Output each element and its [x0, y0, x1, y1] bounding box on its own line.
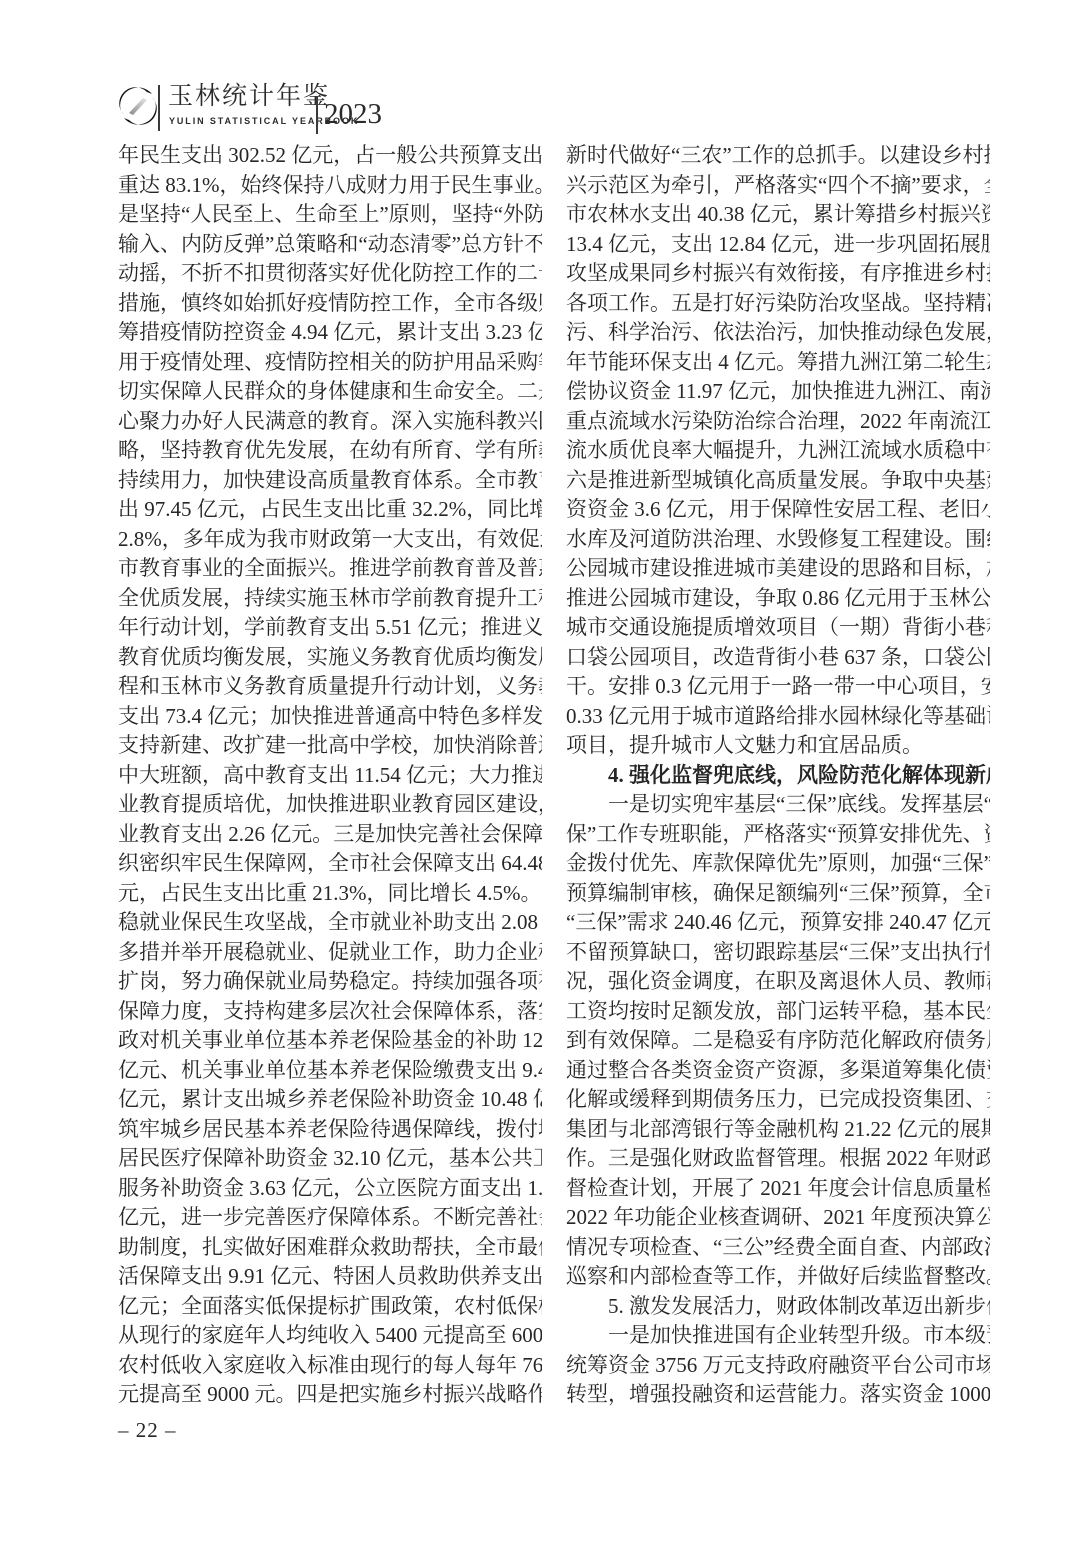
text-line: 保”工作专班职能，严格落实“预算安排优先、资 [566, 820, 990, 850]
text-line: 服务补助资金 3.63 亿元，公立医院方面支出 1.91 [118, 1174, 542, 1204]
text-line: “三保”需求 240.46 亿元，预算安排 240.47 亿元， [566, 908, 990, 938]
text-line: 攻坚成果同乡村振兴有效衔接，有序推进乡村振兴 [566, 259, 990, 289]
text-line: 筑牢城乡居民基本养老保险待遇保障线，拨付城乡 [118, 1115, 542, 1145]
text-line: 项目，提升城市人文魅力和宜居品质。 [566, 731, 990, 761]
text-line: 用于疫情处理、疫情防控相关的防护用品采购等， [118, 348, 542, 378]
text-line: 2.8%，多年成为我市财政第一大支出，有效促进我 [118, 525, 542, 555]
text-line: 亿元，累计支出城乡养老保险补助资金 10.48 亿元， [118, 1085, 542, 1115]
text-line: 不留预算缺口，密切跟踪基层“三保”支出执行情 [566, 938, 990, 968]
text-line: 全优质发展，持续实施玉林市学前教育提升工程三 [118, 584, 542, 614]
header-divider [158, 85, 160, 131]
text-line: 兴示范区为牵引，严格落实“四个不摘”要求，全 [566, 171, 990, 201]
text-line: 统筹资金 3756 万元支持政府融资平台公司市场化 [566, 1351, 990, 1381]
text-line: 4. 强化监督兜底线，风险防范化解体现新成效 [566, 761, 990, 791]
text-line: 况，强化资金调度，在职及离退休人员、教师群体 [566, 967, 990, 997]
yearbook-page: 玉林统计年鉴 YULIN STATISTICAL YEARBOOK 2023 年… [0, 0, 1090, 1550]
text-line: 集团与北部湾银行等金融机构 21.22 亿元的展期工 [566, 1115, 990, 1145]
text-line: 筹措疫情防控资金 4.94 亿元，累计支出 3.23 亿元 [118, 318, 542, 348]
text-line: 0.33 亿元用于城市道路给排水园林绿化等基础设施 [566, 702, 990, 732]
text-line: 督检查计划，开展了 2021 年度会计信息质量检查、 [566, 1174, 990, 1204]
text-line: 重点流域水污染防治综合治理，2022 年南流江支 [566, 407, 990, 437]
yearbook-title-cn: 玉林统计年鉴 [168, 82, 330, 112]
text-line: 年民生支出 302.52 亿元，占一般公共预算支出比 [118, 141, 542, 171]
text-line: 推进公园城市建设，争取 0.86 亿元用于玉林公园 [566, 584, 990, 614]
text-line: 扩岗，努力确保就业局势稳定。持续加强各项社保 [118, 967, 542, 997]
text-line: 程和玉林市义务教育质量提升行动计划，义务教育 [118, 672, 542, 702]
text-line: 农村低收入家庭收入标准由现行的每人每年 7650 [118, 1351, 542, 1381]
text-line: 新时代做好“三农”工作的总抓手。以建设乡村振 [566, 141, 990, 171]
text-line: 重达 83.1%，始终保持八成财力用于民生事业。一 [118, 171, 542, 201]
text-line: 教育优质均衡发展，实施义务教育优质均衡发展工 [118, 643, 542, 673]
text-line: 亿元、机关事业单位基本养老保险缴费支出 9.41 [118, 1056, 542, 1086]
text-line: 中大班额，高中教育支出 11.54 亿元；大力推进职 [118, 761, 542, 791]
text-line: 心聚力办好人民满意的教育。深入实施科教兴国战 [118, 407, 542, 437]
text-line: 一是切实兜牢基层“三保”底线。发挥基层“三 [566, 790, 990, 820]
text-line: 转型，增强投融资和运营能力。落实资金 1000 万 [566, 1380, 990, 1410]
text-line: 元提高至 9000 元。四是把实施乡村振兴战略作为 [118, 1380, 542, 1410]
text-line: 资资金 3.6 亿元，用于保障性安居工程、老旧小区、 [566, 495, 990, 525]
text-line: 年行动计划，学前教育支出 5.51 亿元；推进义务 [118, 613, 542, 643]
text-line: 5. 激发发展活力，财政体制改革迈出新步伐 [566, 1292, 990, 1322]
text-line: 干。安排 0.3 亿元用于一路一带一中心项目，安排 [566, 672, 990, 702]
text-line: 活保障支出 9.91 亿元、特困人员救助供养支出 2.7 [118, 1262, 542, 1292]
text-line: 切实保障人民群众的身体健康和生命安全。二是凝 [118, 377, 542, 407]
text-line: 口袋公园项目，改造背街小巷 637 条，口袋公园若 [566, 643, 990, 673]
text-line: 措施，慎终如始抓好疫情防控工作，全市各级财政 [118, 289, 542, 319]
text-line: 巡察和内部检查等工作，并做好后续监督整改。 [566, 1262, 990, 1292]
text-line: 输入、内防反弹”总策略和“动态清零”总方针不 [118, 230, 542, 260]
text-line: 作。三是强化财政监督管理。根据 2022 年财政监 [566, 1144, 990, 1174]
text-line: 稳就业保民生攻坚战，全市就业补助支出 2.08 亿元， [118, 908, 542, 938]
text-line: 业教育提质培优，加快推进职业教育园区建设，职 [118, 790, 542, 820]
text-line: 动摇，不折不扣贯彻落实好优化防控工作的二十条 [118, 259, 542, 289]
text-line: 流水质优良率大幅提升，九洲江流域水质稳中有升。 [566, 436, 990, 466]
text-line: 工资均按时足额发放，部门运转平稳，基本民生得 [566, 997, 990, 1027]
text-body: 年民生支出 302.52 亿元，占一般公共预算支出比重达 83.1%，始终保持八… [118, 141, 990, 1410]
text-line: 支持新建、改扩建一批高中学校，加快消除普通高 [118, 731, 542, 761]
text-line: 多措并举开展稳就业、促就业工作，助力企业稳岗 [118, 938, 542, 968]
yearbook-year: 2023 [324, 100, 382, 129]
text-line: 织密织牢民生保障网，全市社会保障支出 64.48 亿 [118, 849, 542, 879]
text-line: 13.4 亿元，支出 12.84 亿元，进一步巩固拓展脱贫 [566, 230, 990, 260]
text-line: 政对机关事业单位基本养老保险基金的补助 12.53 [118, 1026, 542, 1056]
text-line: 支出 73.4 亿元；加快推进普通高中特色多样发展， [118, 702, 542, 732]
right-column: 新时代做好“三农”工作的总抓手。以建设乡村振兴示范区为牵引，严格落实“四个不摘”… [566, 141, 990, 1410]
text-line: 略，坚持教育优先发展，在幼有所育、学有所教上 [118, 436, 542, 466]
text-line: 到有效保障。二是稳妥有序防范化解政府债务风险， [566, 1026, 990, 1056]
text-line: 一是加快推进国有企业转型升级。市本级预算 [566, 1321, 990, 1351]
text-line: 居民医疗保障补助资金 32.10 亿元，基本公共卫生 [118, 1144, 542, 1174]
text-line: 业教育支出 2.26 亿元。三是加快完善社会保障体系， [118, 820, 542, 850]
yearbook-logo-icon [116, 84, 160, 128]
text-line: 市教育事业的全面振兴。推进学前教育普及普惠安 [118, 554, 542, 584]
text-line: 污、科学治污、依法治污，加快推动绿色发展，全 [566, 318, 990, 348]
text-line: 通过整合各类资金资产资源，多渠道筹集化债资金， [566, 1056, 990, 1086]
text-line: 城市交通设施提质增效项目（一期）背街小巷和 [566, 613, 990, 643]
text-line: 金拨付优先、库款保障优先”原则，加强“三保” [566, 849, 990, 879]
text-line: 2022 年功能企业核查调研、2021 年度预决算公开 [566, 1203, 990, 1233]
text-line: 市农林水支出 40.38 亿元，累计筹措乡村振兴资金 [566, 200, 990, 230]
text-line: 六是推进新型城镇化高质量发展。争取中央基建投 [566, 466, 990, 496]
text-line: 元，占民生支出比重 21.3%，同比增长 4.5%。打好 [118, 879, 542, 909]
text-line: 亿元，进一步完善医疗保障体系。不断完善社会救 [118, 1203, 542, 1233]
text-line: 是坚持“人民至上、生命至上”原则，坚持“外防 [118, 200, 542, 230]
left-column: 年民生支出 302.52 亿元，占一般公共预算支出比重达 83.1%，始终保持八… [118, 141, 542, 1410]
text-line: 亿元；全面落实低保提标扩围政策，农村低保标准 [118, 1292, 542, 1322]
page-header: 玉林统计年鉴 YULIN STATISTICAL YEARBOOK 2023 [116, 80, 436, 136]
page-number: – 22 – [118, 1418, 177, 1443]
text-line: 保障力度，支持构建多层次社会保障体系，落实财 [118, 997, 542, 1027]
text-line: 公园城市建设推进城市美建设的思路和目标，加快 [566, 554, 990, 584]
text-line: 情况专项检查、“三公”经费全面自查、内部政治 [566, 1233, 990, 1263]
text-line: 从现行的家庭年人均纯收入 5400 元提高至 6000 元， [118, 1321, 542, 1351]
text-line: 年节能环保支出 4 亿元。筹措九洲江第二轮生态补 [566, 348, 990, 378]
text-line: 预算编制审核，确保足额编列“三保”预算，全市 [566, 879, 990, 909]
text-line: 水库及河道防洪治理、水毁修复工程建设。围绕以 [566, 525, 990, 555]
text-line: 助制度，扎实做好困难群众救助帮扶，全市最低生 [118, 1233, 542, 1263]
text-line: 持续用力，加快建设高质量教育体系。全市教育支 [118, 466, 542, 496]
text-line: 偿协议资金 11.97 亿元，加快推进九洲江、南流江 [566, 377, 990, 407]
text-line: 化解或缓释到期债务压力，已完成投资集团、交旅 [566, 1085, 990, 1115]
year-divider [316, 96, 318, 134]
text-line: 出 97.45 亿元，占民生支出比重 32.2%，同比增长 [118, 495, 542, 525]
text-line: 各项工作。五是打好污染防治攻坚战。坚持精准治 [566, 289, 990, 319]
